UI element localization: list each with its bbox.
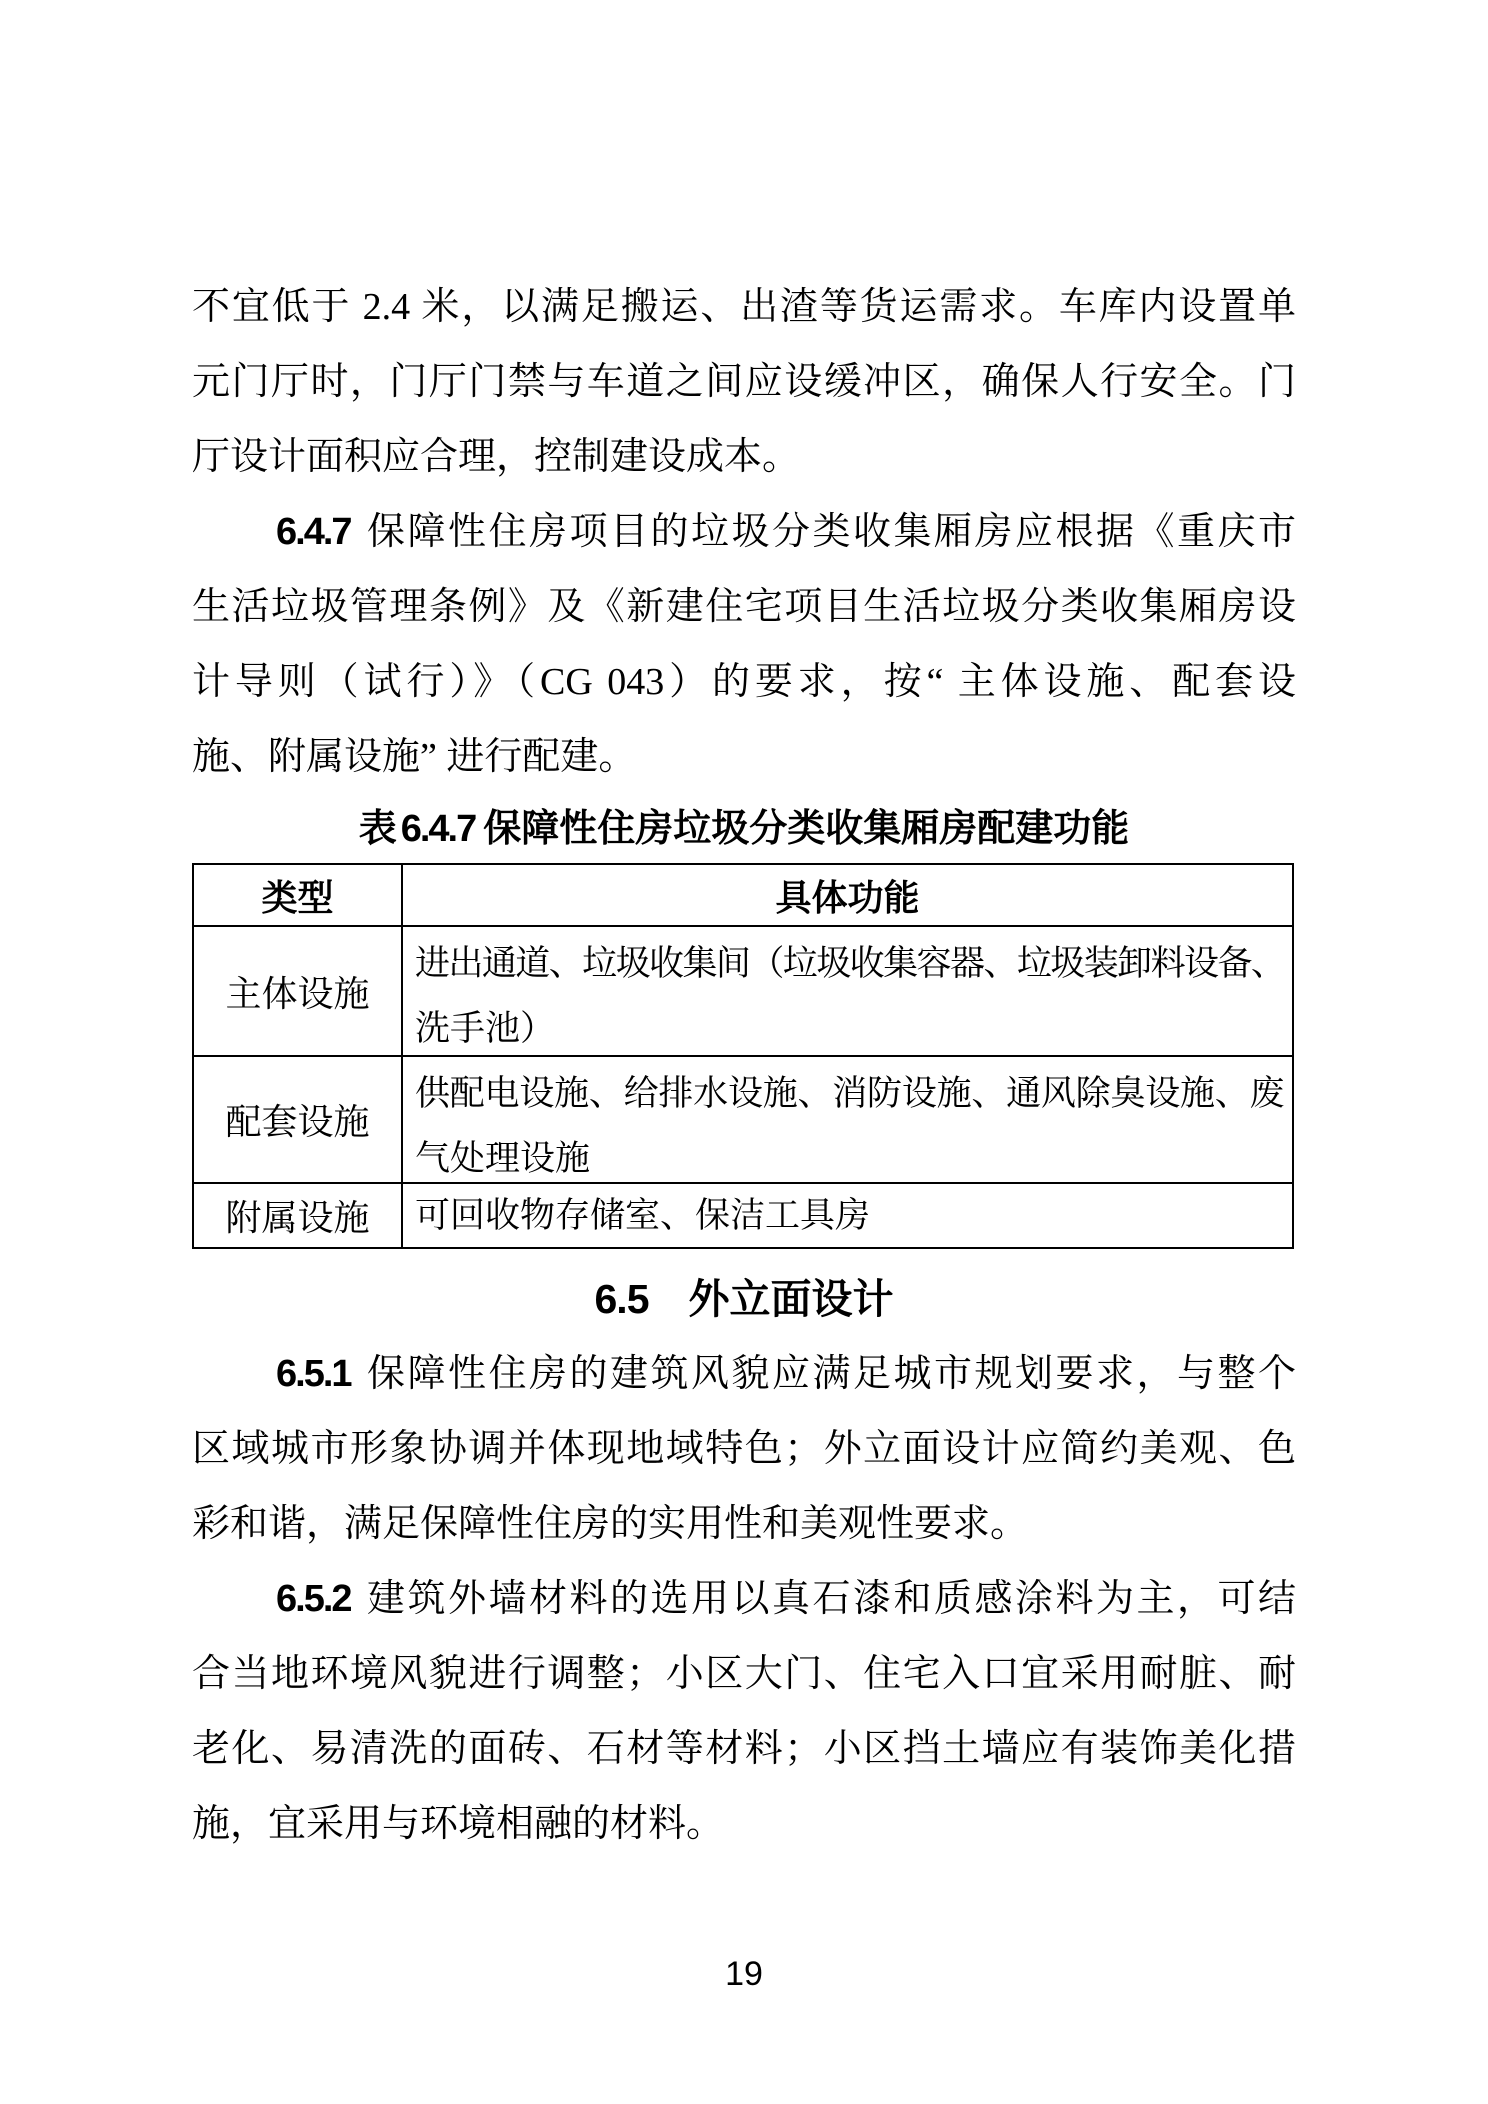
document-page: 不宜低于 2.4 米，以满足搬运、出渣等货运需求。车库内设置单元门厅时，门厅门禁… bbox=[0, 0, 1488, 2104]
section-6-5-title: 外立面设计 bbox=[689, 1276, 894, 1322]
text-line: 气处理设施 bbox=[415, 1126, 1284, 1182]
paragraph-6-4-7: 6.4.7保障性住房项目的垃圾分类收集厢房应根据《重庆市生活垃圾管理条例》及《新… bbox=[192, 495, 1296, 795]
table-header-functions: 具体功能 bbox=[401, 865, 1292, 925]
table-caption-text: 保障性住房垃圾分类收集厢房配建功能 bbox=[483, 808, 1129, 850]
clause-number: 6.4.7 bbox=[276, 511, 351, 553]
clause-number: 6.5.1 bbox=[276, 1353, 351, 1395]
paragraph-6-5-1: 6.5.1保障性住房的建筑风貌应满足城市规划要求，与整个区域城市形象协调并体现地… bbox=[192, 1337, 1296, 1562]
table-caption-number: 6.4.7 bbox=[401, 808, 476, 850]
page-number: 19 bbox=[192, 1954, 1296, 1994]
table-header-type: 类型 bbox=[194, 865, 401, 925]
section-6-5-number: 6.5 bbox=[595, 1276, 649, 1322]
text-line: 6.5.2建筑外墙材料的选用以真石漆和质感涂料为主，可结 bbox=[192, 1562, 1296, 1637]
text-line: 计导则（试行）》（CG 043）的要求，按“ 主体设施、配套设 bbox=[192, 645, 1296, 720]
text-line: 厅设计面积应合理，控制建设成本。 bbox=[192, 420, 1296, 495]
table-row-label-auxiliary: 附属设施 bbox=[194, 1182, 401, 1247]
text-line: 6.4.7保障性住房项目的垃圾分类收集厢房应根据《重庆市 bbox=[192, 495, 1296, 570]
text-line: 不宜低于 2.4 米，以满足搬运、出渣等货运需求。车库内设置单 bbox=[192, 270, 1296, 345]
paragraph-6-5-2: 6.5.2建筑外墙材料的选用以真石漆和质感涂料为主，可结合当地环境风貌进行调整；… bbox=[192, 1562, 1296, 1862]
page-content: 不宜低于 2.4 米，以满足搬运、出渣等货运需求。车库内设置单元门厅时，门厅门禁… bbox=[192, 270, 1296, 1994]
paragraph-carryover: 不宜低于 2.4 米，以满足搬运、出渣等货运需求。车库内设置单元门厅时，门厅门禁… bbox=[192, 270, 1296, 495]
text-line: 供配电设施、给排水设施、消防设施、通风除臭设施、废 bbox=[415, 1061, 1284, 1126]
table-row-functions-auxiliary: 可回收物存储室、保洁工具房 bbox=[401, 1182, 1292, 1247]
section-6-5-heading: 6.5外立面设计 bbox=[192, 1261, 1296, 1337]
table-caption-prefix: 表 bbox=[359, 808, 397, 850]
table-row-functions-main: 进出通道、垃圾收集间（垃圾收集容器、垃圾装卸料设备、洗手池） bbox=[401, 925, 1292, 1055]
table-row-label-support: 配套设施 bbox=[194, 1055, 401, 1182]
text-line: 老化、易清洗的面砖、石材等材料；小区挡土墙应有装饰美化措 bbox=[192, 1712, 1296, 1787]
clause-number: 6.5.2 bbox=[276, 1578, 351, 1620]
text-line: 进出通道、垃圾收集间（垃圾收集容器、垃圾装卸料设备、 bbox=[415, 931, 1284, 996]
text-line: 洗手池） bbox=[415, 996, 1284, 1055]
text-line: 可回收物存储室、保洁工具房 bbox=[415, 1196, 870, 1236]
text-line: 彩和谐，满足保障性住房的实用性和美观性要求。 bbox=[192, 1487, 1296, 1562]
text-line: 区域城市形象协调并体现地域特色；外立面设计应简约美观、色 bbox=[192, 1412, 1296, 1487]
table-6-4-7-caption: 表6.4.7保障性住房垃圾分类收集厢房配建功能 bbox=[192, 795, 1296, 863]
text-line: 合当地环境风貌进行调整；小区大门、住宅入口宜采用耐脏、耐 bbox=[192, 1637, 1296, 1712]
table-row-functions-support: 供配电设施、给排水设施、消防设施、通风除臭设施、废气处理设施 bbox=[401, 1055, 1292, 1182]
table-row-label-main: 主体设施 bbox=[194, 925, 401, 1055]
text-line: 生活垃圾管理条例》及《新建住宅项目生活垃圾分类收集厢房设 bbox=[192, 570, 1296, 645]
text-line: 施、附属设施” 进行配建。 bbox=[192, 720, 1296, 795]
text-line: 元门厅时，门厅门禁与车道之间应设缓冲区，确保人行安全。门 bbox=[192, 345, 1296, 420]
text-line: 6.5.1保障性住房的建筑风貌应满足城市规划要求，与整个 bbox=[192, 1337, 1296, 1412]
table-6-4-7: 类型 具体功能 主体设施 进出通道、垃圾收集间（垃圾收集容器、垃圾装卸料设备、洗… bbox=[192, 863, 1294, 1249]
text-line: 施，宜采用与环境相融的材料。 bbox=[192, 1787, 1296, 1862]
